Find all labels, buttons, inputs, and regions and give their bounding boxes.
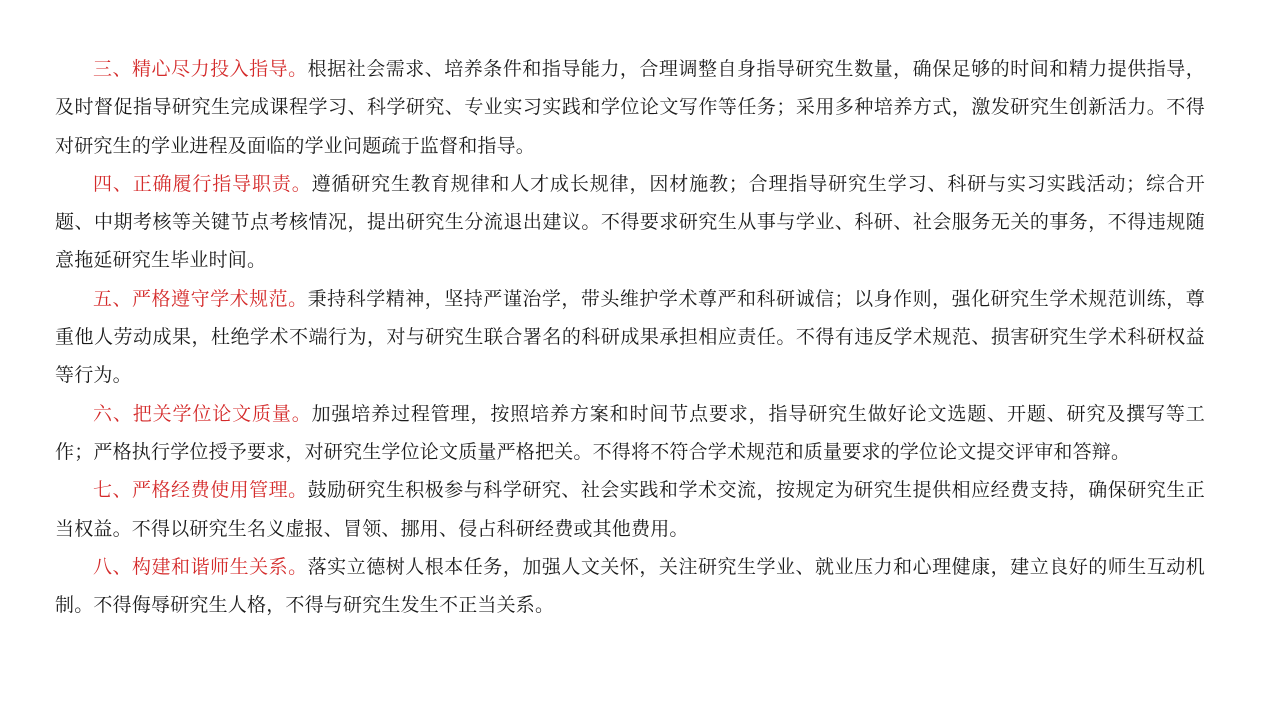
paragraph-heading: 八、构建和谐师生关系。 [93,556,308,578]
paragraph-guidance-duties: 四、正确履行指导职责。遵循研究生教育规律和人才成长规律，因材施教；合理指导研究生… [55,165,1205,280]
paragraph-heading: 四、正确履行指导职责。 [93,173,312,195]
paragraph-heading: 六、把关学位论文质量。 [93,403,312,425]
paragraph-heading: 三、精心尽力投入指导。 [93,58,308,80]
document-page: 三、精心尽力投入指导。根据社会需求、培养条件和指导能力，合理调整自身指导研究生数… [55,50,1205,624]
paragraph-mentor-relationship: 八、构建和谐师生关系。落实立德树人根本任务，加强人文关怀，关注研究生学业、就业压… [55,548,1205,625]
paragraph-guidance-effort: 三、精心尽力投入指导。根据社会需求、培养条件和指导能力，合理调整自身指导研究生数… [55,50,1205,165]
paragraph-academic-norms: 五、严格遵守学术规范。秉持科学精神，坚持严谨治学，带头维护学术尊严和科研诚信；以… [55,280,1205,395]
paragraph-heading: 七、严格经费使用管理。 [93,479,308,501]
paragraph-funding-management: 七、严格经费使用管理。鼓励研究生积极参与科学研究、社会实践和学术交流，按规定为研… [55,471,1205,548]
paragraph-heading: 五、严格遵守学术规范。 [93,288,308,310]
paragraph-thesis-quality: 六、把关学位论文质量。加强培养过程管理，按照培养方案和时间节点要求，指导研究生做… [55,395,1205,472]
